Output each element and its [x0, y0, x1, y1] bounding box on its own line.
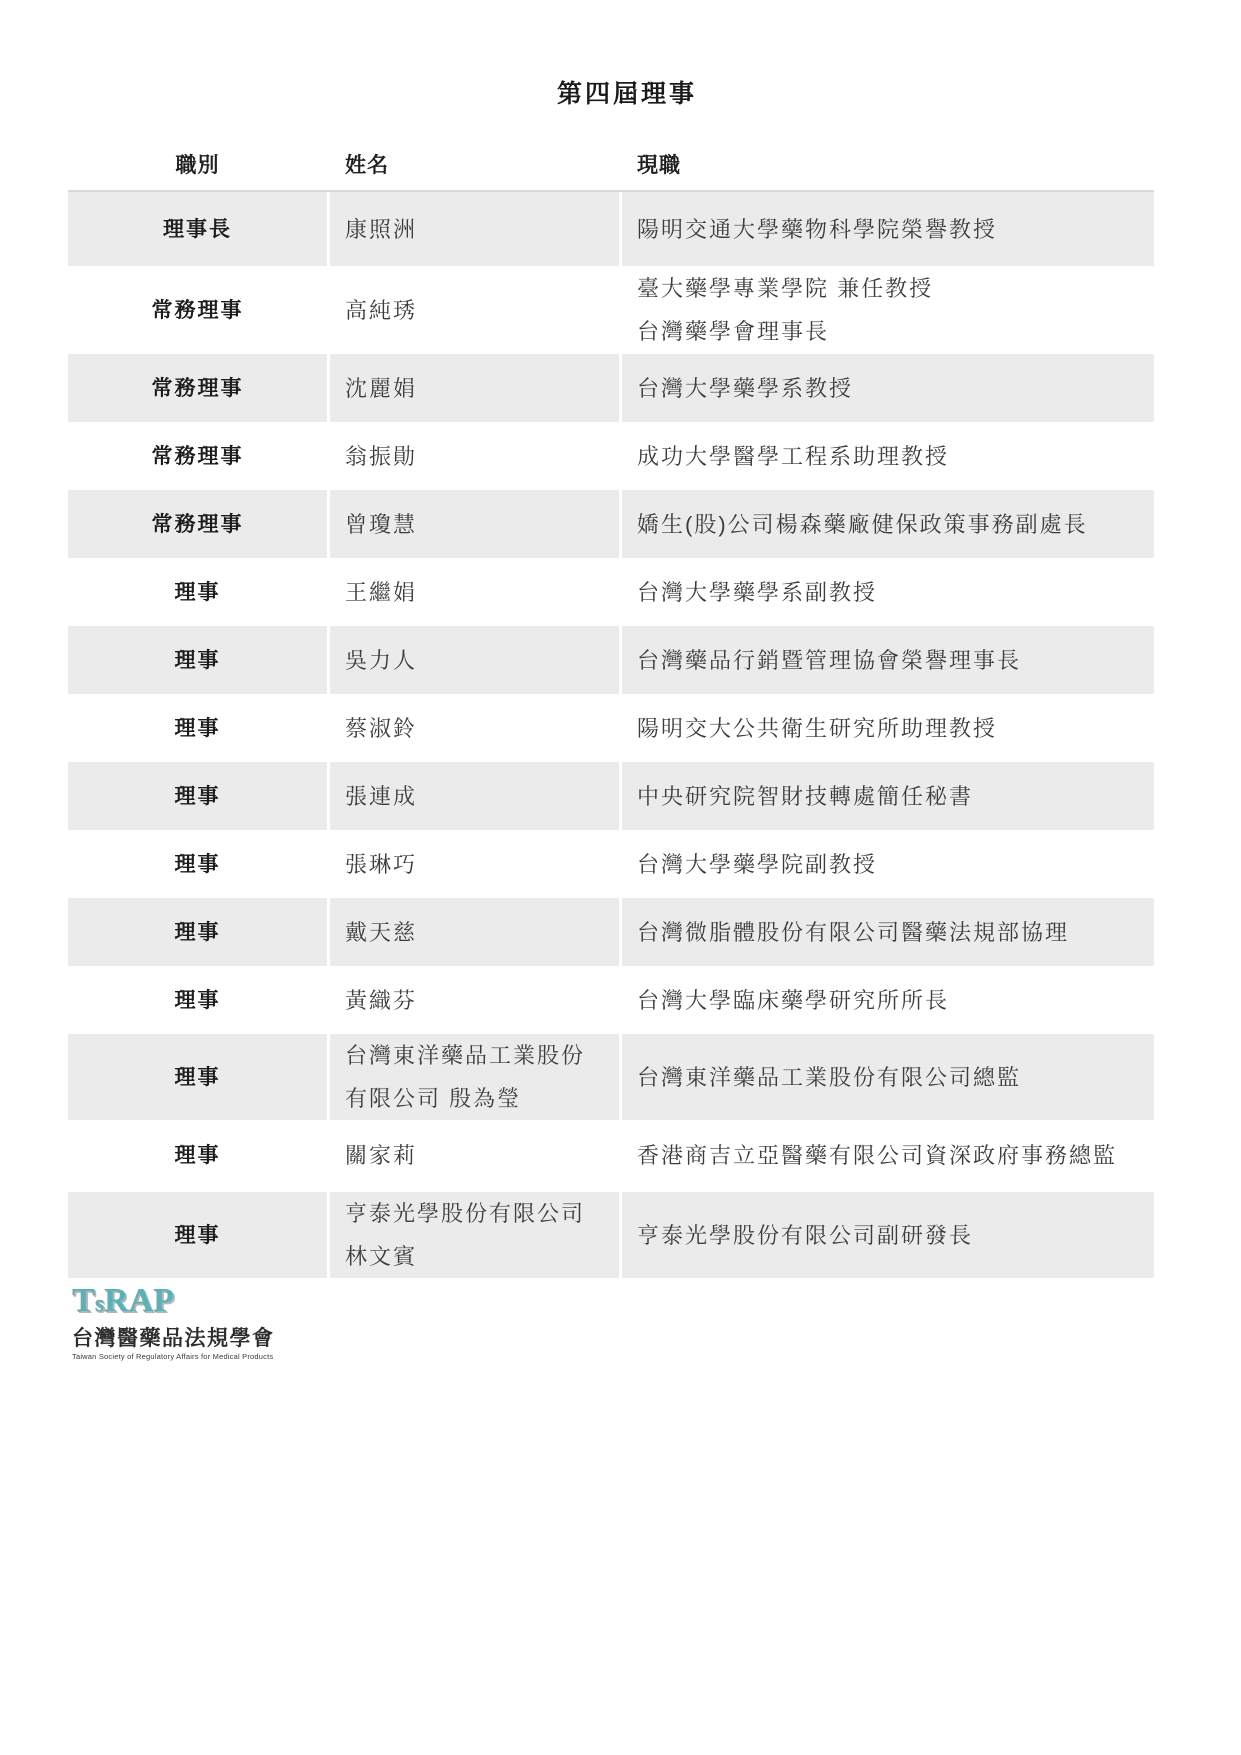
- cell-current-title: 台灣微脂體股份有限公司醫藥法規部協理: [622, 898, 1154, 966]
- cell-position: 常務理事: [68, 422, 327, 490]
- page-title: 第四屆理事: [13, 74, 1241, 110]
- table-row: 理事 張琳巧 台灣大學藥學院副教授: [68, 830, 1154, 898]
- cell-name: 翁振勛: [330, 422, 619, 490]
- cell-position: 理事: [68, 694, 327, 762]
- logo-letters-rap: RAP: [104, 1282, 174, 1319]
- cell-current-title: 臺大藥學專業學院 兼任教授台灣藥學會理事長: [622, 266, 1154, 354]
- cell-name: 黃織芬: [330, 966, 619, 1034]
- table-row: 理事 關家莉 香港商吉立亞醫藥有限公司資深政府事務總監: [68, 1118, 1154, 1192]
- cell-current-title: 亨泰光學股份有限公司副研發長: [622, 1192, 1154, 1278]
- cell-position: 理事: [68, 626, 327, 694]
- cell-current-title: 陽明交通大學藥物科學院榮譽教授: [622, 192, 1154, 266]
- cell-position: 理事: [68, 762, 327, 830]
- cell-position: 理事: [68, 830, 327, 898]
- cell-name: 吳力人: [330, 626, 619, 694]
- cell-position: 理事: [68, 1192, 327, 1278]
- table-row: 理事 戴天慈 台灣微脂體股份有限公司醫藥法規部協理: [68, 898, 1154, 966]
- cell-current-title: 台灣藥品行銷暨管理協會榮譽理事長: [622, 626, 1154, 694]
- cell-current-title: 台灣東洋藥品工業股份有限公司總監: [622, 1034, 1154, 1120]
- cell-current-title: 台灣大學藥學系副教授: [622, 558, 1154, 626]
- cell-name: 高純琇: [330, 266, 619, 354]
- cell-position: 常務理事: [68, 354, 327, 422]
- cell-name: 戴天慈: [330, 898, 619, 966]
- cell-position: 常務理事: [68, 266, 327, 354]
- table-row: 理事 吳力人 台灣藥品行銷暨管理協會榮譽理事長: [68, 626, 1154, 694]
- logo-org-name-english: Taiwan Society of Regulatory Affairs for…: [72, 1352, 275, 1361]
- cell-position: 理事長: [68, 192, 327, 266]
- cell-current-title: 嬌生(股)公司楊森藥廠健保政策事務副處長: [622, 490, 1154, 558]
- board-members-table: 職別 姓名 現職 理事長 康照洲 陽明交通大學藥物科學院榮譽教授 常務理事 高純…: [68, 140, 1154, 1276]
- cell-name: 曾瓊慧: [330, 490, 619, 558]
- cell-position: 理事: [68, 1118, 327, 1192]
- table-row: 理事 黃織芬 台灣大學臨床藥學研究所所長: [68, 966, 1154, 1034]
- tsrap-logo: TsRAP 台灣醫藥品法規學會 Taiwan Society of Regula…: [72, 1284, 275, 1361]
- cell-name: 沈麗娟: [330, 354, 619, 422]
- document-page: 第四屆理事 職別 姓名 現職 理事長 康照洲 陽明交通大學藥物科學院榮譽教授 常…: [0, 0, 1241, 1755]
- table-row: 理事 張連成 中央研究院智財技轉處簡任秘書: [68, 762, 1154, 830]
- tsrap-logo-mark: TsRAP: [72, 1284, 275, 1324]
- table-row: 理事 蔡淑鈴 陽明交大公共衛生研究所助理教授: [68, 694, 1154, 762]
- table-row: 理事 亨泰光學股份有限公司林文賓 亨泰光學股份有限公司副研發長: [68, 1192, 1154, 1276]
- header-current-title: 現職: [622, 140, 1154, 190]
- cell-name: 台灣東洋藥品工業股份有限公司 殷為瑩: [330, 1034, 619, 1120]
- logo-org-name-chinese: 台灣醫藥品法規學會: [72, 1326, 275, 1350]
- table-header-row: 職別 姓名 現職: [68, 140, 1154, 190]
- cell-name: 張連成: [330, 762, 619, 830]
- cell-name: 張琳巧: [330, 830, 619, 898]
- cell-current-title: 台灣大學藥學院副教授: [622, 830, 1154, 898]
- cell-position: 理事: [68, 966, 327, 1034]
- cell-current-title: 香港商吉立亞醫藥有限公司資深政府事務總監: [622, 1118, 1154, 1192]
- cell-current-title: 成功大學醫學工程系助理教授: [622, 422, 1154, 490]
- logo-letter-t: T: [72, 1282, 95, 1319]
- table-row: 常務理事 高純琇 臺大藥學專業學院 兼任教授台灣藥學會理事長: [68, 266, 1154, 354]
- cell-name: 康照洲: [330, 192, 619, 266]
- table-row: 常務理事 沈麗娟 台灣大學藥學系教授: [68, 354, 1154, 422]
- cell-name: 關家莉: [330, 1118, 619, 1192]
- cell-position: 理事: [68, 558, 327, 626]
- header-position: 職別: [68, 140, 327, 190]
- logo-letter-s: s: [95, 1291, 104, 1317]
- table-row: 常務理事 曾瓊慧 嬌生(股)公司楊森藥廠健保政策事務副處長: [68, 490, 1154, 558]
- cell-position: 常務理事: [68, 490, 327, 558]
- cell-position: 理事: [68, 1034, 327, 1120]
- cell-current-title: 台灣大學臨床藥學研究所所長: [622, 966, 1154, 1034]
- cell-current-title: 陽明交大公共衛生研究所助理教授: [622, 694, 1154, 762]
- cell-current-title: 台灣大學藥學系教授: [622, 354, 1154, 422]
- header-name: 姓名: [330, 140, 619, 190]
- table-row: 理事 台灣東洋藥品工業股份有限公司 殷為瑩 台灣東洋藥品工業股份有限公司總監: [68, 1034, 1154, 1118]
- table-row: 常務理事 翁振勛 成功大學醫學工程系助理教授: [68, 422, 1154, 490]
- table-row: 理事長 康照洲 陽明交通大學藥物科學院榮譽教授: [68, 192, 1154, 266]
- table-row: 理事 王繼娟 台灣大學藥學系副教授: [68, 558, 1154, 626]
- cell-name: 蔡淑鈴: [330, 694, 619, 762]
- cell-name: 王繼娟: [330, 558, 619, 626]
- cell-position: 理事: [68, 898, 327, 966]
- cell-current-title: 中央研究院智財技轉處簡任秘書: [622, 762, 1154, 830]
- cell-name: 亨泰光學股份有限公司林文賓: [330, 1192, 619, 1278]
